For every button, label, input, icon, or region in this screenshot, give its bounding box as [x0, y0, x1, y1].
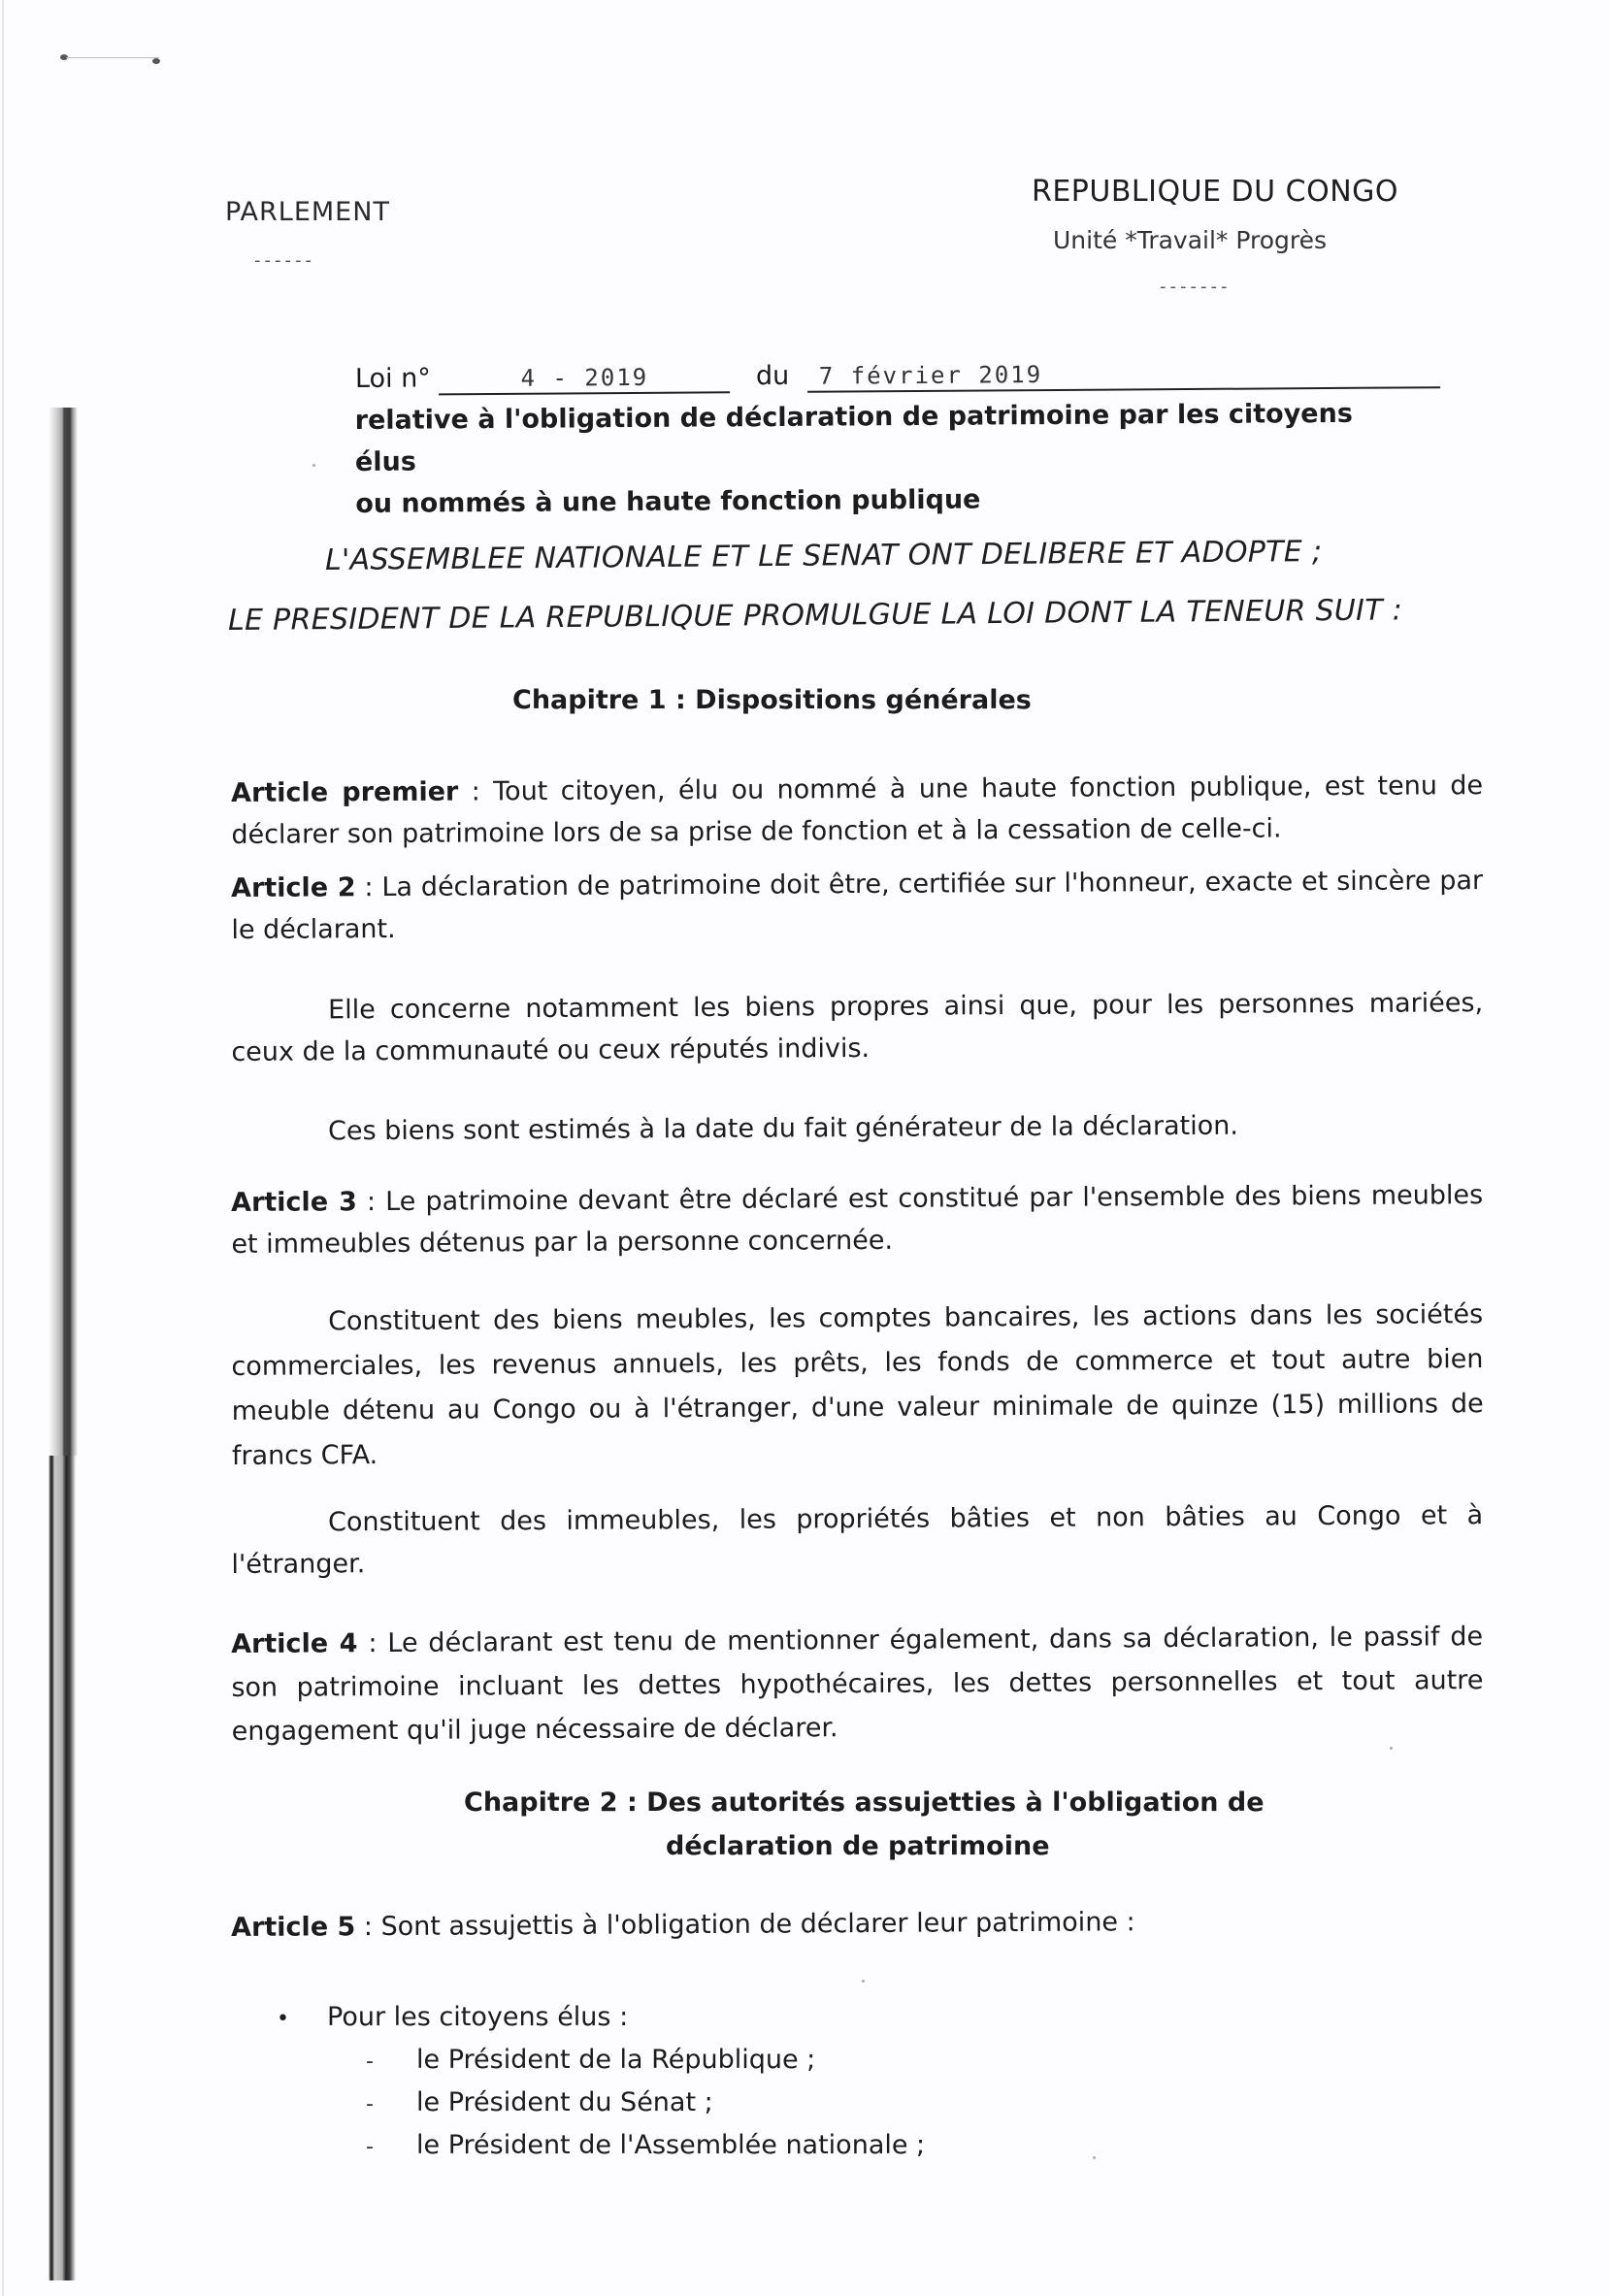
- list-item: - le Président de l'Assemblée nationale …: [366, 2125, 925, 2168]
- national-motto: Unité *Travail* Progrès: [1053, 226, 1327, 254]
- scan-speck: [1390, 1747, 1393, 1750]
- law-date-field: 7 février 2019: [807, 358, 1440, 393]
- article-2: Article 2 : La déclaration de patrimoine…: [231, 860, 1484, 951]
- article-2-paragraph-2: Elle concerne notamment les biens propre…: [231, 982, 1484, 1073]
- article-5-list: • Pour les citoyens élus : - le Présiden…: [277, 1997, 925, 2168]
- article-4: Article 4 : Le déclarant est tenu de men…: [231, 1615, 1484, 1754]
- dash-icon: -: [366, 2042, 416, 2083]
- list-group-elected-citizens: • Pour les citoyens élus :: [277, 1997, 925, 2040]
- dash-icon: -: [366, 2127, 416, 2168]
- article-2-text: : La déclaration de patrimoine doit être…: [231, 866, 1483, 945]
- dash-icon: -: [366, 2084, 416, 2125]
- scan-speck: [312, 464, 315, 467]
- article-5-label: Article 5: [231, 1912, 355, 1943]
- scanned-law-page: PARLEMENT ------ REPUBLIQUE DU CONGO Uni…: [0, 0, 1610, 2296]
- list-item-text: le Président de l'Assemblée nationale ;: [416, 2125, 925, 2166]
- scan-speck: [862, 1980, 865, 1983]
- scan-speck: [1093, 2156, 1096, 2159]
- chapter-2-title-line-2: déclaration de patrimoine: [666, 1831, 1050, 1861]
- page-edge-line: [2, 0, 4, 2296]
- staple-mark-icon: [60, 54, 162, 64]
- parliament-heading: PARLEMENT: [225, 197, 390, 227]
- article-2-paragraph-3: Ces biens sont estimés à la date du fait…: [231, 1103, 1483, 1153]
- article-3: Article 3 : Le patrimoine devant être dé…: [231, 1174, 1484, 1265]
- law-number-line: Loi n° 4 - 2019 du 7 février 2019: [355, 356, 1440, 396]
- article-1: Article premier : Tout citoyen, élu ou n…: [231, 765, 1484, 856]
- list-group-label: Pour les citoyens élus :: [327, 1997, 628, 2038]
- article-5: Article 5 : Sont assujettis à l'obligati…: [231, 1899, 1483, 1949]
- republic-heading: REPUBLIQUE DU CONGO: [1032, 175, 1398, 209]
- bullet-icon: •: [277, 1999, 327, 2040]
- law-subtitle: relative à l'obligation de déclaration d…: [355, 392, 1424, 525]
- preamble-line-2: LE PRESIDENT DE LA REPUBLIQUE PROMULGUE …: [228, 593, 1402, 638]
- article-3-paragraph-2: Constituent des biens meubles, les compt…: [231, 1293, 1484, 1479]
- scan-binding-strip-lower: [49, 1456, 78, 2280]
- preamble-line-1: L'ASSEMBLEE NATIONALE ET LE SENAT ONT DE…: [325, 535, 1323, 577]
- article-4-label: Article 4: [231, 1628, 358, 1659]
- law-prefix: Loi n°: [355, 363, 431, 394]
- list-item-text: le Président du Sénat ;: [416, 2083, 713, 2123]
- article-3-text: : Le patrimoine devant être déclaré est …: [231, 1180, 1483, 1260]
- article-3-label: Article 3: [231, 1187, 357, 1218]
- law-date-prefix: du: [756, 361, 789, 391]
- list-item: - le Président de la République ;: [366, 2040, 925, 2083]
- republic-separator: -------: [1160, 277, 1231, 297]
- list-item-text: le Président de la République ;: [416, 2040, 815, 2081]
- law-number-field: 4 - 2019: [439, 363, 730, 395]
- article-2-label: Article 2: [231, 872, 356, 903]
- law-subtitle-line-1: relative à l'obligation de déclaration d…: [355, 392, 1424, 483]
- chapter-1-title: Chapitre 1 : Dispositions générales: [512, 685, 1032, 715]
- article-1-label: Article premier: [231, 777, 458, 808]
- article-3-paragraph-3: Constituent des immeubles, les propriété…: [231, 1494, 1484, 1586]
- article-5-text: : Sont assujettis à l'obligation de décl…: [355, 1907, 1135, 1942]
- elected-officials-list: - le Président de la République ; - le P…: [366, 2040, 925, 2168]
- chapter-2-title-line-1: Chapitre 2 : Des autorités assujetties à…: [464, 1788, 1265, 1818]
- article-4-text: : Le déclarant est tenu de mentionner ég…: [231, 1622, 1483, 1747]
- parliament-separator: ------: [254, 250, 315, 271]
- law-subtitle-line-2: ou nommés à une haute fonction publique: [355, 476, 1423, 525]
- list-item: - le Président du Sénat ;: [366, 2083, 925, 2125]
